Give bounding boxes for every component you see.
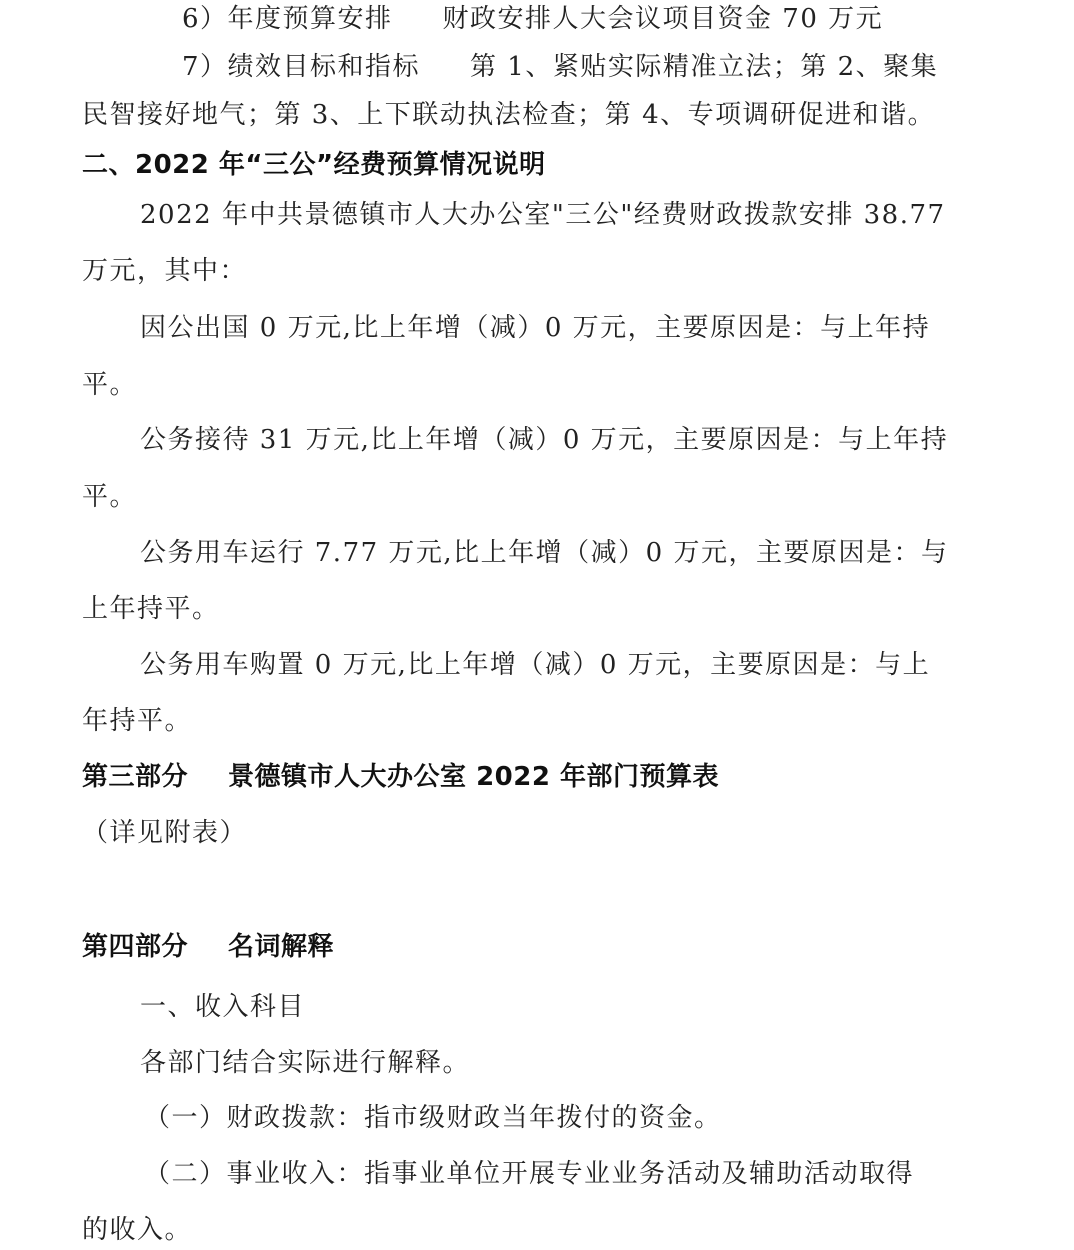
vehicle-purchase-expense: 公务用车购置 0 万元,比上年增（减）0 万元，主要原因是：与上	[140, 648, 930, 682]
part-three-heading: 第三部分景德镇市人大办公室 2022 年部门预算表	[82, 760, 719, 794]
item-value: 第 1、紧贴实际精准立法；第 2、聚集	[470, 52, 938, 82]
income-items-intro: 各部门结合实际进行解释。	[140, 1046, 470, 1080]
item-label: 6）年度预算安排	[182, 4, 393, 34]
part-title: 景德镇市人大办公室 2022 年部门预算表	[228, 762, 719, 792]
document-page: 6）年度预算安排财政安排人大会议项目资金 70 万元 7）绩效目标和指标第 1、…	[0, 0, 1074, 1250]
vehicle-purchase-expense-continued: 年持平。	[82, 704, 192, 738]
part-prefix: 第三部分	[82, 762, 188, 792]
part-prefix: 第四部分	[82, 932, 188, 962]
vehicle-operation-expense: 公务用车运行 7.77 万元,比上年增（减）0 万元，主要原因是：与	[140, 536, 949, 570]
vehicle-operation-expense-continued: 上年持平。	[82, 592, 220, 626]
item-label: 7）绩效目标和指标	[182, 52, 420, 82]
official-reception-expense-continued: 平。	[82, 480, 137, 514]
section-heading-three-public-expenses: 二、2022 年“三公”经费预算情况说明	[82, 148, 546, 182]
definition-business-income-continued: 的收入。	[82, 1213, 192, 1247]
overseas-travel-expense-continued: 平。	[82, 368, 137, 402]
part-four-heading: 第四部分名词解释	[82, 930, 334, 964]
item-value: 财政安排人大会议项目资金 70 万元	[443, 4, 884, 34]
definition-fiscal-appropriation: （一）财政拨款：指市级财政当年拨付的资金。	[144, 1101, 722, 1135]
official-reception-expense: 公务接待 31 万元,比上年增（减）0 万元，主要原因是：与上年持	[140, 423, 948, 457]
three-public-intro: 2022 年中共景德镇市人大办公室"三公"经费财政拨款安排 38.77	[140, 198, 946, 232]
budget-arrangement-item: 6）年度预算安排财政安排人大会议项目资金 70 万元	[182, 2, 883, 36]
part-title: 名词解释	[228, 932, 334, 962]
overseas-travel-expense: 因公出国 0 万元,比上年增（减）0 万元，主要原因是：与上年持	[140, 311, 930, 345]
performance-goals-continued: 民智接好地气；第 3、上下联动执法检查；第 4、专项调研促进和谐。	[82, 98, 935, 132]
three-public-intro-continued: 万元，其中：	[82, 254, 247, 288]
performance-goals-item: 7）绩效目标和指标第 1、紧贴实际精准立法；第 2、聚集	[182, 50, 938, 84]
definition-business-income: （二）事业收入：指事业单位开展专业业务活动及辅助活动取得	[144, 1157, 914, 1191]
income-items-subheading: 一、收入科目	[140, 990, 305, 1024]
see-appendix-note: （详见附表）	[82, 816, 247, 850]
